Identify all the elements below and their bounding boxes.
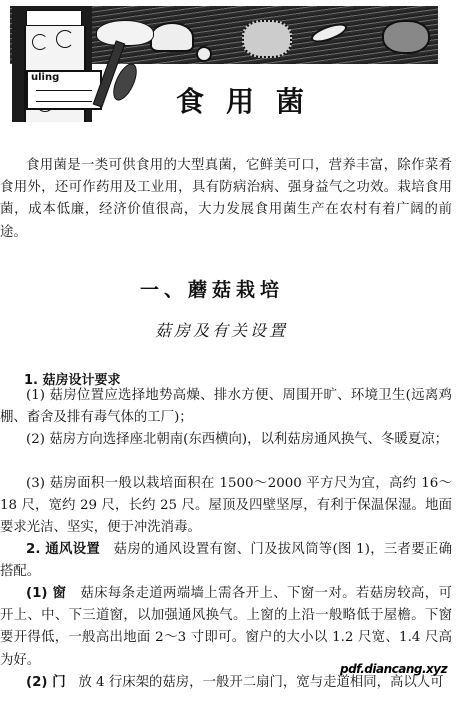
window-paragraph: (1) 窗 菇床每条走道两端墙上需各开上、下窗一对。若菇房较高，可开上、中、下三… — [0, 583, 452, 672]
mushroom-illustration — [150, 22, 194, 52]
section-heading: 一、蘑菇栽培 — [140, 275, 284, 302]
mushroom-slice-icon — [32, 34, 48, 50]
canned-mushroom-package-illustration: uling — [12, 6, 92, 122]
mushroom-illustration — [309, 20, 349, 46]
mushroom-cap-illustration — [96, 20, 154, 46]
item-2-paragraph: 2. 通风设置 菇房的通风设置有窗、门及拔风筒等(图 1)，三者要正确搭配。 — [0, 539, 452, 583]
subsection-heading: 菇房及有关设置 — [155, 318, 288, 341]
item-heading: 2. 通风设置 — [26, 542, 100, 557]
package-label-text: uling — [31, 72, 59, 83]
intro-paragraph: 食用菌是一类可供食用的大型真菌，它鲜美可口，营养丰富，除作菜肴食用外，还可作药用… — [0, 155, 452, 244]
window-label: (1) 窗 — [26, 586, 66, 601]
package-body: uling — [24, 26, 86, 122]
wood-ear-illustration — [382, 20, 430, 54]
window-text: 菇床每条走道两端墙上需各开上、下窗一对。若菇房较高，可开上、中、下三道窗，以加强… — [0, 586, 452, 668]
package-label: uling — [26, 70, 102, 110]
package-top — [26, 10, 82, 26]
package-label-lines — [36, 90, 92, 102]
fungus-cluster-illustration — [242, 20, 292, 58]
item-1-paragraph-1: (1) 菇房位置应选择地势高燥、排水方便、周围开旷、环境卫生(远离鸡棚、畜舍及排… — [0, 385, 452, 429]
book-page: uling 食用菌 食用菌是一类可供食用的大型真菌，它鲜美可口，营养丰富，除作菜… — [0, 0, 467, 703]
mushroom-slice-icon — [56, 30, 74, 48]
mushroom-illustration — [196, 46, 212, 62]
chapter-title: 食用菌 — [176, 80, 356, 120]
door-text: 放 4 行床架的菇房，一般开二扇门，宽与走道相同，高以人可 — [78, 675, 443, 690]
watermark: pdf.diancang.xyz — [340, 662, 447, 676]
door-label: (2) 门 — [26, 675, 66, 690]
item-1-paragraph-2: (2) 菇房方向选择座北朝南(东西横向)，以利菇房通风换气、冬暖夏凉； — [0, 429, 452, 451]
item-1-paragraph-3: (3) 菇房面积一般以栽培面积在 1500～2000 平方尺为宜，高约 16～1… — [0, 473, 452, 540]
